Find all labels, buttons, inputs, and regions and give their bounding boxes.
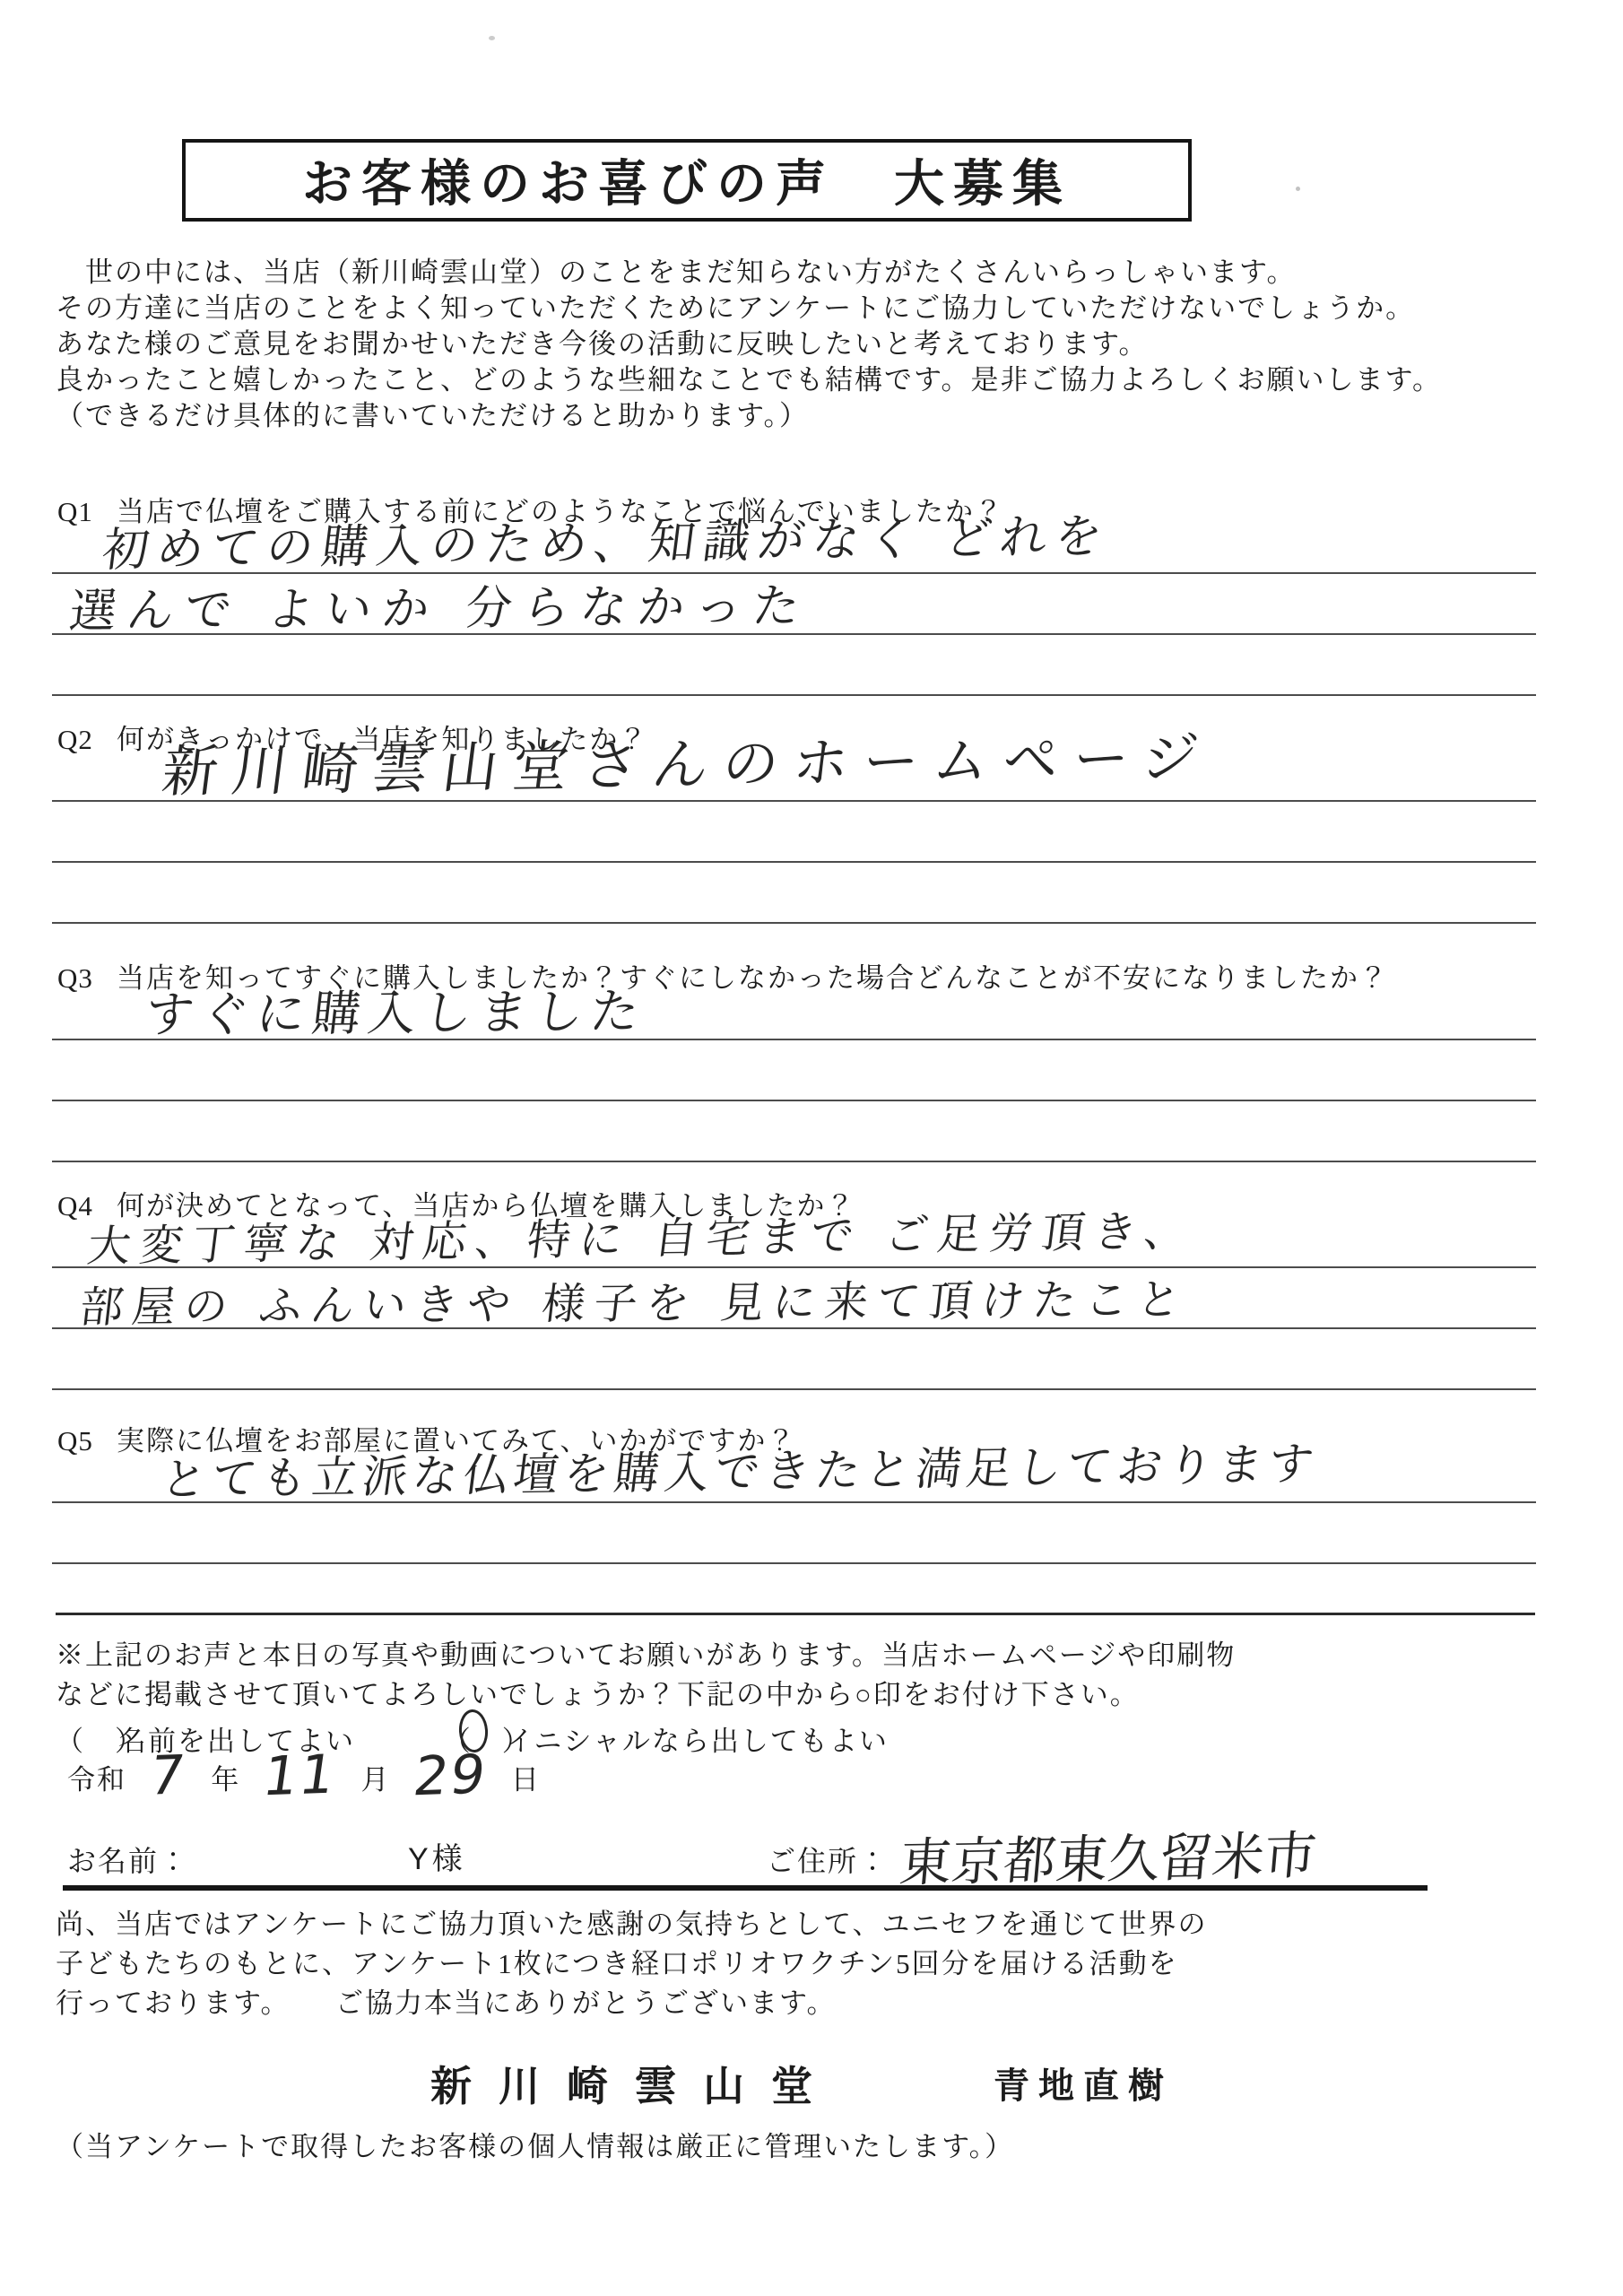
title-box: お客様のお喜びの声 大募集 (182, 139, 1192, 222)
handwritten-answer: すぐに購入しました (142, 973, 650, 1046)
answer-ruled-line (52, 635, 1536, 696)
notice-line: ※上記のお声と本日の写真や動画についてお願いがあります。当店ホームページや印刷物 (56, 1636, 1580, 1675)
privacy-note: （当アンケートで取得したお客様の個人情報は厳正に管理いたします。） (56, 2124, 1014, 2164)
handwritten-year: 7 (146, 1750, 189, 1801)
intro-line: あなた様のご意見をお聞かせいただき今後の活動に反映したいと考えております。 (56, 326, 1580, 362)
thanks-line: 尚、当店ではアンケートにご協力頂いた感謝の気持ちとして、ユニセフを通じて世界の (56, 1905, 1580, 1944)
question-block-q1: Q1当店で仏壇をご購入する前にどのようなことで悩んでいましたか？ 初めての購入の… (52, 493, 1536, 696)
thanks-line: 行っております。 ご協力本当にありがとうございます。 (56, 1984, 1580, 2023)
scan-speck (1296, 187, 1300, 191)
era-label: 令和 (67, 1757, 126, 1797)
answer-ruled-line (52, 802, 1536, 863)
answer-ruled-line: 新川崎雲山堂さんのホームページ (52, 761, 1536, 802)
month-unit: 月 (361, 1757, 391, 1797)
name-label: お名前： (67, 1839, 189, 1880)
day-unit: 日 (511, 1757, 541, 1797)
answer-ruled-line (52, 1329, 1536, 1390)
section-divider (56, 1613, 1535, 1615)
scan-speck (489, 36, 495, 40)
answer-ruled-line: 部屋の ふんいきや 様子を 見に来て頂けたこと (52, 1268, 1536, 1329)
handwritten-answer: 選んで よいか 分らなかった (66, 568, 814, 640)
handwritten-answer: 初めての購入のため、知識がなく どれを (99, 498, 1115, 579)
answer-area: とても立派な仏壇を購入できたと満足しております (52, 1462, 1536, 1564)
question-block-q2: Q2何がきっかけで、当店を知りましたか？ 新川崎雲山堂さんのホームページ (52, 721, 1536, 924)
year-unit: 年 (211, 1757, 240, 1797)
intro-line: その方達に当店のことをよく知っていただくためにアンケートにご協力していただけない… (56, 291, 1580, 326)
thanks-paragraph: 尚、当店ではアンケートにご協力頂いた感謝の気持ちとして、ユニセフを通じて世界の … (56, 1905, 1580, 2023)
date-row: 令和 7 年 11 月 29 日 (67, 1751, 541, 1797)
answer-area: 大変丁寧な 対応、特に 自宅まで ご足労頂き、 部屋の ふんいきや 様子を 見に… (52, 1227, 1536, 1390)
question-number: Q2 (57, 721, 117, 759)
answer-ruled-line: とても立派な仏壇を購入できたと満足しております (52, 1462, 1536, 1503)
handwritten-day: 29 (410, 1750, 490, 1803)
answer-ruled-line (52, 1040, 1536, 1101)
question-block-q3: Q3当店を知ってすぐに購入しましたか？すぐにしなかった場合どんなことが不安になり… (52, 960, 1536, 1162)
representative-name: 青地直樹 (994, 2057, 1173, 2109)
notice-line: などに掲載させて頂いてよろしいでしょうか？下記の中から○印をお付け下さい。 (56, 1675, 1580, 1715)
publication-notice: ※上記のお声と本日の写真や動画についてお願いがあります。当店ホームページや印刷物… (56, 1636, 1580, 1715)
question-block-q5: Q5実際に仏壇をお部屋に置いてみて、いかがですか？ とても立派な仏壇を購入できた… (52, 1422, 1536, 1564)
answer-ruled-line: 選んで よいか 分らなかった (52, 574, 1536, 635)
handwritten-answer: 部屋の ふんいきや 様子を 見に来て頂けたこと (77, 1265, 1193, 1335)
answer-area: 初めての購入のため、知識がなく どれを 選んで よいか 分らなかった (52, 533, 1536, 696)
customer-initial: Y様 (408, 1834, 466, 1878)
option-label: イニシャルなら出してもよい (506, 1726, 889, 1757)
answer-ruled-line (52, 1503, 1536, 1564)
intro-line: 世の中には、当店（新川崎雲山堂）のことをまだ知らない方がたくさんいらっしゃいます… (56, 255, 1580, 291)
intro-line: （できるだけ具体的に書いていただけると助かります。） (56, 398, 1580, 434)
intro-paragraph: 世の中には、当店（新川崎雲山堂）のことをまだ知らない方がたくさんいらっしゃいます… (56, 255, 1580, 434)
answer-area: すぐに購入しました (52, 999, 1536, 1162)
answer-area: 新川崎雲山堂さんのホームページ (52, 761, 1536, 924)
shop-signature-row: 新川崎雲山堂 青地直樹 (0, 2054, 1623, 2104)
signature-row: お名前： Y様 ご住所： 東京都東久留米市 (63, 1819, 1428, 1891)
address-label: ご住所： (767, 1839, 889, 1880)
answer-ruled-line (52, 863, 1536, 924)
answer-ruled-line: 大変丁寧な 対応、特に 自宅まで ご足労頂き、 (52, 1227, 1536, 1268)
answer-ruled-line: すぐに購入しました (52, 999, 1536, 1040)
shop-name: 新川崎雲山堂 (430, 2054, 839, 2113)
handwritten-month: 11 (260, 1750, 340, 1803)
question-number: Q3 (57, 960, 117, 997)
handwritten-answer: 新川崎雲山堂さんのホームページ (158, 713, 1218, 807)
survey-sheet: お客様のお喜びの声 大募集 世の中には、当店（新川崎雲山堂）のことをまだ知らない… (0, 0, 1623, 2296)
handwritten-address: 東京都東久留米市 (897, 1813, 1320, 1896)
answer-ruled-line (52, 1101, 1536, 1162)
page-title: お客様のお喜びの声 大募集 (302, 144, 1072, 216)
question-number: Q5 (57, 1422, 117, 1460)
question-block-q4: Q4何が決めてとなって、当店から仏壇を購入しましたか？ 大変丁寧な 対応、特に … (52, 1187, 1536, 1390)
intro-line: 良かったこと嬉しかったこと、どのような些細なことでも結構です。是非ご協力よろしく… (56, 362, 1580, 398)
thanks-line: 子どもたちのもとに、アンケート1枚につき経口ポリオワクチン5回分を届ける活動を (56, 1944, 1580, 1984)
